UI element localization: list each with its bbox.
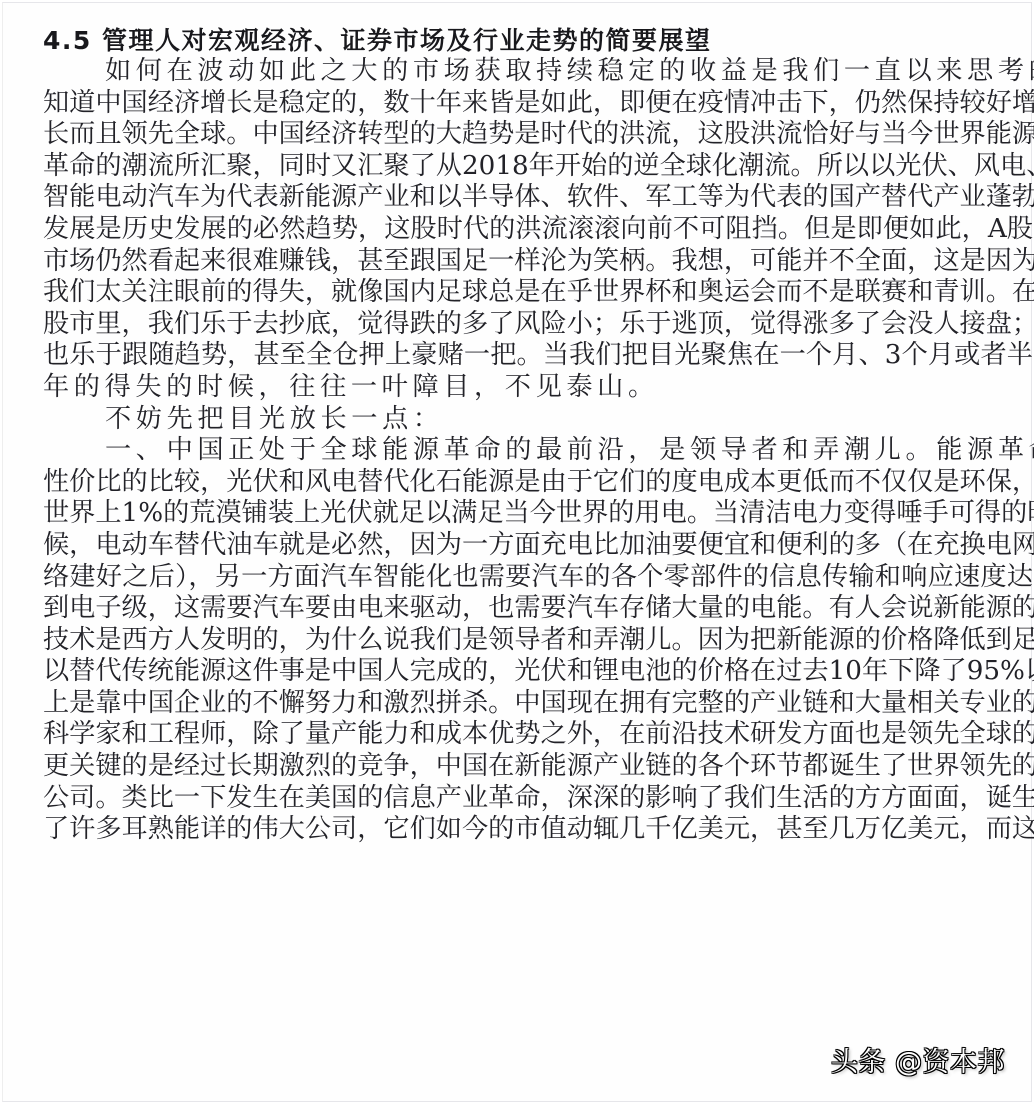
text-line: 也乐于跟随趋势，甚至全仓押上豪赌一把。当我们把目光聚焦在一个月、3个月或者半 — [43, 340, 1033, 372]
text-line: 科学家和工程师，除了量产能力和成本优势之外，在前沿技术研发方面也是领先全球的。 — [43, 719, 1033, 751]
text-line: 知道中国经济增长是稳定的，数十年来皆是如此，即便在疫情冲击下，仍然保持较好增 — [43, 88, 1033, 120]
paragraph-energy-revolution: 一、中国正处于全球能源革命的最前沿，是领导者和弄潮儿。能源革命本质是能源 性价比… — [43, 435, 1033, 846]
text-line: 以替代传统能源这件事是中国人完成的，光伏和锂电池的价格在过去10年下降了95%以 — [43, 656, 1033, 688]
document-page: 4.5 管理人对宏观经济、证券市场及行业走势的简要展望 如何在波动如此之大的市场… — [2, 2, 1032, 1102]
text-line: 到电子级，这需要汽车要由电来驱动，也需要汽车存储大量的电能。有人会说新能源的 — [43, 593, 1033, 625]
text-line: 股市里，我们乐于去抄底，觉得跌的多了风险小；乐于逃顶，觉得涨多了会没人接盘； — [43, 309, 1033, 341]
paragraph-intro-long-view: 不妨先把目光放长一点： — [43, 404, 1033, 436]
paragraph-market-outlook: 如何在波动如此之大的市场获取持续稳定的收益是我们一直以来思考的问题。我们 知道中… — [43, 56, 1033, 404]
text-line: 公司。类比一下发生在美国的信息产业革命，深深的影响了我们生活的方方面面，诞生 — [43, 783, 1033, 815]
text-line: 候，电动车替代油车就是必然，因为一方面充电比加油要便宜和便利的多（在充换电网 — [43, 530, 1033, 562]
source-watermark: 头条 @资本邦 — [831, 1040, 1005, 1079]
text-line: 如何在波动如此之大的市场获取持续稳定的收益是我们一直以来思考的问题。我们 — [43, 56, 1033, 88]
text-line: 年的得失的时候，往往一叶障目，不见泰山。 — [43, 372, 1033, 404]
text-line: 我们太关注眼前的得失，就像国内足球总是在乎世界杯和奥运会而不是联赛和青训。在 — [43, 277, 1033, 309]
text-line: 更关键的是经过长期激烈的竞争，中国在新能源产业链的各个环节都诞生了世界领先的 — [43, 751, 1033, 783]
section-heading: 4.5 管理人对宏观经济、证券市场及行业走势的简要展望 — [43, 25, 1033, 56]
text-line: 不妨先把目光放长一点： — [43, 404, 1033, 436]
text-line: 智能电动汽车为代表新能源产业和以半导体、软件、军工等为代表的国产替代产业蓬勃 — [43, 182, 1033, 214]
text-line: 世界上1%的荒漠铺装上光伏就足以满足当今世界的用电。当清洁电力变得唾手可得的时 — [43, 498, 1033, 530]
text-line: 革命的潮流所汇聚，同时又汇聚了从2018年开始的逆全球化潮流。所以以光伏、风电、 — [43, 151, 1033, 183]
text-line: 长而且领先全球。中国经济转型的大趋势是时代的洪流，这股洪流恰好与当今世界能源 — [43, 119, 1033, 151]
document-body: 4.5 管理人对宏观经济、证券市场及行业走势的简要展望 如何在波动如此之大的市场… — [43, 25, 1033, 846]
text-line: 发展是历史发展的必然趋势，这股时代的洪流滚滚向前不可阻挡。但是即便如此，A股 — [43, 214, 1033, 246]
text-line: 上是靠中国企业的不懈努力和激烈拼杀。中国现在拥有完整的产业链和大量相关专业的 — [43, 688, 1033, 720]
text-line: 了许多耳熟能详的伟大公司，它们如今的市值动辄几千亿美元，甚至几万亿美元，而这 — [43, 814, 1033, 846]
text-line: 一、中国正处于全球能源革命的最前沿，是领导者和弄潮儿。能源革命本质是能源 — [43, 435, 1033, 467]
text-line: 络建好之后），另一方面汽车智能化也需要汽车的各个零部件的信息传输和响应速度达 — [43, 562, 1033, 594]
text-line: 技术是西方人发明的，为什么说我们是领导者和弄潮儿。因为把新能源的价格降低到足 — [43, 625, 1033, 657]
text-line: 性价比的比较，光伏和风电替代化石能源是由于它们的度电成本更低而不仅仅是环保， — [43, 467, 1033, 499]
text-line: 市场仍然看起来很难赚钱，甚至跟国足一样沦为笑柄。我想，可能并不全面，这是因为 — [43, 246, 1033, 278]
